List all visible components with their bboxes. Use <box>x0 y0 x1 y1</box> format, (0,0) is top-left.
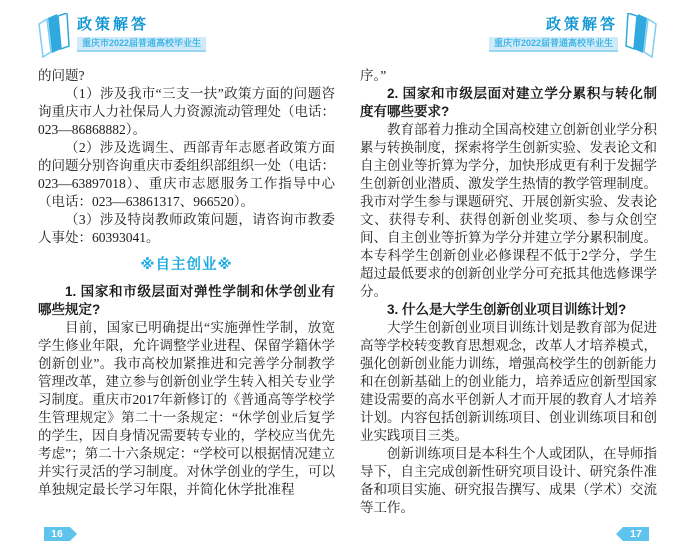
books-logo-icon <box>625 13 657 58</box>
question-heading: 2. 国家和市级层面对建立学分累积与转化制度有哪些要求? <box>360 85 657 121</box>
question-heading: 1. 国家和市级层面对弹性学制和休学创业有哪些规定? <box>38 283 335 319</box>
body-paragraph: 创新训练项目是本科生个人或团队，在导师指导下，自主完成创新性研究项目设计、研究条… <box>360 445 657 517</box>
page-number: 17 <box>630 528 642 540</box>
body-paragraph: 序。” <box>360 67 657 85</box>
brand-subtitle: 重庆市2022届普通高校毕业生 <box>489 37 618 52</box>
books-logo-icon <box>38 13 70 58</box>
left-page: 政策解答 重庆市2022届普通高校毕业生 的问题? （1）涉及我市“三支一扶”政… <box>38 0 335 559</box>
page-number-badge: 17 <box>623 527 649 541</box>
brand-subtitle: 重庆市2022届普通高校毕业生 <box>77 37 206 52</box>
brand-text: 政策解答 重庆市2022届普通高校毕业生 <box>489 13 618 52</box>
page-body: 序。” 2. 国家和市级层面对建立学分累积与转化制度有哪些要求? 教育部着力推动… <box>360 67 657 517</box>
body-paragraph: （2）涉及选调生、西部青年志愿者政策方面的问题分别咨询重庆市委组织部组织一处（电… <box>38 139 335 211</box>
body-paragraph: 的问题? <box>38 67 335 85</box>
body-paragraph: （1）涉及我市“三支一扶”政策方面的问题咨询重庆市人力社保局人力资源流动管理处（… <box>38 85 335 139</box>
page-header: 政策解答 重庆市2022届普通高校毕业生 <box>360 13 657 63</box>
brand-text: 政策解答 重庆市2022届普通高校毕业生 <box>77 13 206 52</box>
brand-title: 政策解答 <box>77 16 206 33</box>
question-heading: 3. 什么是大学生创新创业项目训练计划? <box>360 301 657 319</box>
brand-title: 政策解答 <box>489 16 618 33</box>
page-number: 16 <box>51 528 63 540</box>
page-number-badge: 16 <box>44 527 70 541</box>
booklet-spread: 政策解答 重庆市2022届普通高校毕业生 的问题? （1）涉及我市“三支一扶”政… <box>0 0 695 559</box>
page-body: 的问题? （1）涉及我市“三支一扶”政策方面的问题咨询重庆市人力社保局人力资源流… <box>38 67 335 499</box>
section-heading: ※自主创业※ <box>38 256 335 274</box>
right-page: 政策解答 重庆市2022届普通高校毕业生 序。” 2. 国家和市级层面对建立学分… <box>360 0 657 559</box>
body-paragraph: （3）涉及特岗教师政策问题，请咨询市教委人事处：60393041。 <box>38 211 335 247</box>
body-paragraph: 大学生创新创业项目训练计划是教育部为促进高等学校转变教育思想观念，改革人才培养模… <box>360 319 657 445</box>
page-header: 政策解答 重庆市2022届普通高校毕业生 <box>38 13 335 63</box>
body-paragraph: 教育部着力推动全国高校建立创新创业学分积累与转换制度，探索将学生创新实验、发表论… <box>360 121 657 301</box>
body-paragraph: 目前，国家已明确提出“实施弹性学制，放宽学生修业年限，允许调整学业进程、保留学籍… <box>38 319 335 499</box>
